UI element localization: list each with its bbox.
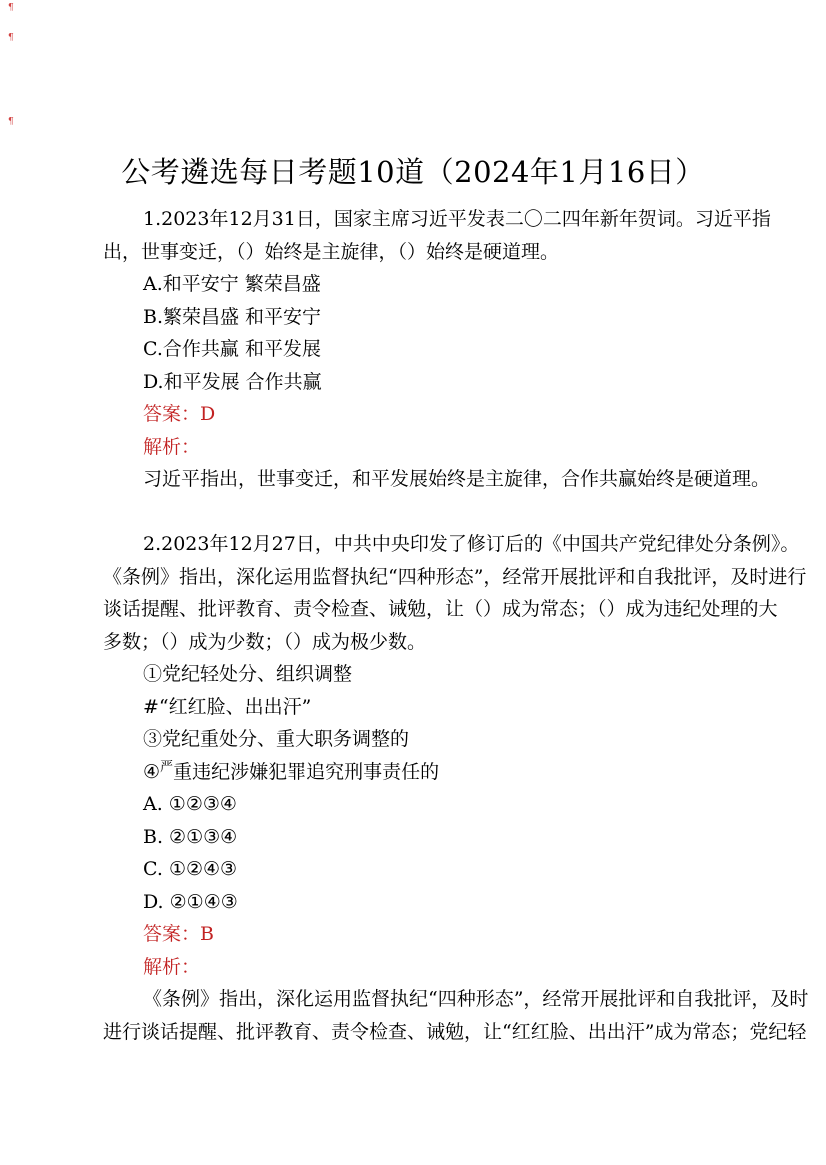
q1-analysis-label: 解析： xyxy=(103,431,723,464)
q2-option-c: C. ①②④③ xyxy=(103,853,723,886)
document-page: ¶¶¶ 公考遴选每日考题10道（2024年1月16日） 1.2023年12月31… xyxy=(0,0,826,1165)
q1-option-b: B.繁荣昌盛 和平安宁 xyxy=(103,301,723,334)
q1-option-c: C.合作共赢 和平发展 xyxy=(103,333,723,366)
q2-option-d: D. ②①④③ xyxy=(103,886,723,919)
revision-mark-icon: ¶ xyxy=(8,118,14,127)
q2-item-1: ①党纪轻处分、组织调整 xyxy=(103,658,723,691)
page-title: 公考遴选每日考题10道（2024年1月16日） xyxy=(103,152,723,192)
q2-text-line-3: 谈话提醒、批评教育、责令检查、诫勉，让（）成为常态；（）成为违纪处理的大 xyxy=(103,593,723,626)
q2-item-4: ④严重违纪涉嫌犯罪追究刑事责任的 xyxy=(103,756,723,789)
q2-item-2: #“红红脸、出出汗” xyxy=(103,691,723,724)
q2-text-line-1: 2.2023年12月27日，中共中央印发了修订后的《中国共产党纪律处分条例》。 xyxy=(103,528,723,561)
q2-option-b: B. ②①③④ xyxy=(103,821,723,854)
q1-analysis-text: 习近平指出，世事变迁，和平发展始终是主旋律，合作共赢始终是硬道理。 xyxy=(103,463,723,496)
q2-analysis-text-2: 进行谈话提醒、批评教育、责令检查、诫勉，让“红红脸、出出汗”成为常态；党纪轻 xyxy=(103,1016,723,1049)
q2-text-line-4: 多数；（）成为少数；（）成为极少数。 xyxy=(103,626,723,659)
q2-item-3: ③党纪重处分、重大职务调整的 xyxy=(103,723,723,756)
q2-analysis-label: 解析： xyxy=(103,951,723,984)
blank-spacer xyxy=(103,496,723,529)
item-text: 重违纪涉嫌犯罪追究刑事责任的 xyxy=(173,761,439,783)
q1-answer: 答案：D xyxy=(103,398,723,431)
q2-analysis-text-1: 《条例》指出，深化运用监督执纪“四种形态”，经常开展批评和自我批评，及时 xyxy=(103,983,723,1016)
q1-text-line-2: 出，世事变迁，（）始终是主旋律，（）始终是硬道理。 xyxy=(103,236,723,269)
q2-answer: 答案：B xyxy=(103,918,723,951)
superscript-char: 严 xyxy=(160,760,173,775)
revision-mark-icon: ¶ xyxy=(8,34,14,43)
q1-option-d: D.和平发展 合作共赢 xyxy=(103,366,723,399)
q2-option-a: A. ①②③④ xyxy=(103,788,723,821)
q2-text-line-2: 《条例》指出，深化运用监督执纪“四种形态”，经常开展批评和自我批评，及时进行 xyxy=(103,561,723,594)
document-content: 公考遴选每日考题10道（2024年1月16日） 1.2023年12月31日，国家… xyxy=(0,0,826,1048)
revision-mark-icon: ¶ xyxy=(8,4,14,13)
q1-option-a: A.和平安宁 繁荣昌盛 xyxy=(103,268,723,301)
q1-text-line-1: 1.2023年12月31日，国家主席习近平发表二〇二四年新年贺词。习近平指 xyxy=(103,203,723,236)
item-marker: ④ xyxy=(143,761,160,783)
document-body: 1.2023年12月31日，国家主席习近平发表二〇二四年新年贺词。习近平指出，世… xyxy=(103,203,723,1048)
